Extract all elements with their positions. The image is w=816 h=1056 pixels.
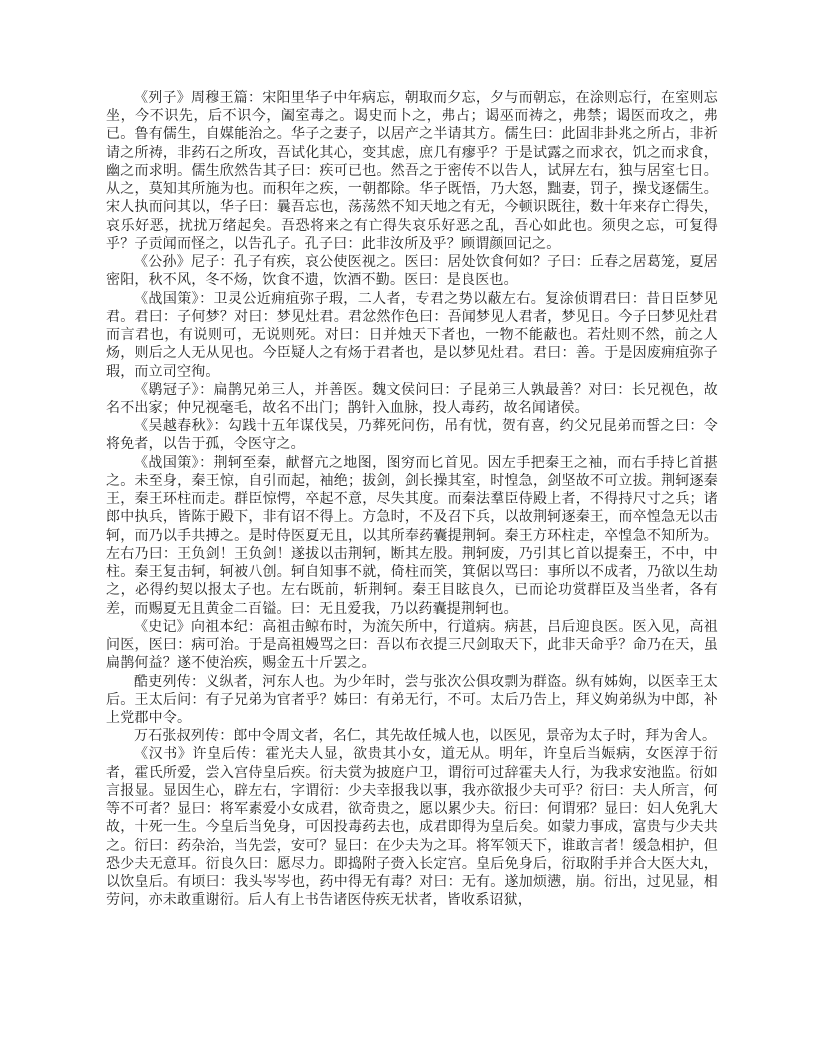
document-page: 《列子》周穆王篇：宋阳里华子中年病忘，朝取而夕忘，夕与而朝忘，在涂则忘行，在室则… xyxy=(0,0,816,1056)
paragraph-shiji-gaozu: 《史记》向祖本纪：高祖击鲸布时，为流矢所中，行道病。病甚，吕后迎良医。医入见，高… xyxy=(106,618,718,673)
paragraph-kuli-liezhuan: 酷吏列传：义纵者，河东人也。为少年时，尝与张次公俱攻剽为群盗。纵有姊姁，以医幸王… xyxy=(106,673,718,728)
paragraph-wanshi-zhangshu-liezhuan: 万石张叔列传：郎中令周文者，名仁，其先故任城人也，以医见，景帝为太子时，拜为舍人… xyxy=(106,727,718,745)
paragraph-heguanzi: 《鹖冠子》：扁鹊兄弟三人，并善医。魏文侯问曰：子昆弟三人孰最善？对曰：长兄视色，… xyxy=(106,381,718,417)
paragraph-liezi: 《列子》周穆王篇：宋阳里华子中年病忘，朝取而夕忘，夕与而朝忘，在涂则忘行，在室则… xyxy=(106,89,718,253)
paragraph-zhanguoce-weilinggong: 《战国策》：卫灵公近痈疽弥子瑕，二人者，专君之势以蔽左右。复涂侦谓君曰：昔日臣梦… xyxy=(106,290,718,381)
paragraph-wuyue-chunqiu: 《吴越春秋》：勾践十五年谋伐吴，乃葬死问伤，吊有忧，贺有喜，约父兄昆弟而誓之曰：… xyxy=(106,417,718,453)
paragraph-hanshu-xuhuanghou: 《汉书》许皇后传：霍光夫人显，欲贵其小女，道无从。明年，许皇后当娠病，女医淳于衍… xyxy=(106,745,718,909)
paragraph-zhanguoce-jingke: 《战国策》：荆轲至秦，献督亢之地图，图穷而匕首见。因左手把秦王之袖，而右手持匕首… xyxy=(106,454,718,618)
paragraph-gongsun-nizi: 《公孙》尼子：孔子有疾，哀公使医视之。医曰：居处饮食何如？子曰：丘春之居葛笼，夏… xyxy=(106,253,718,289)
